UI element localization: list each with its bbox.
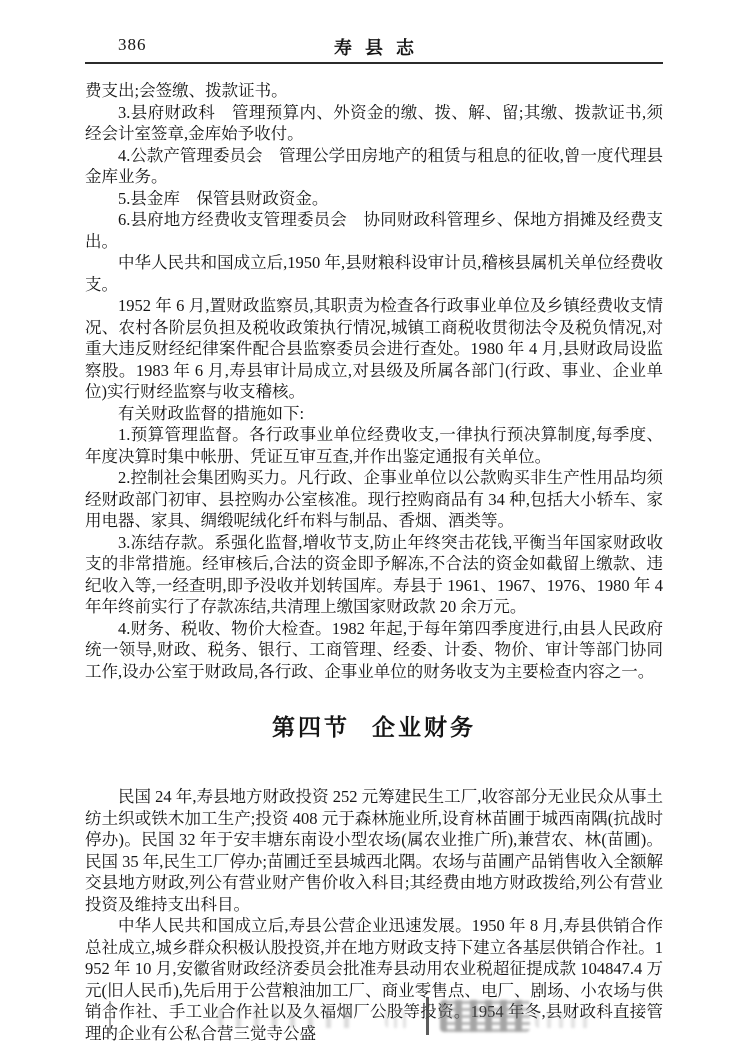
section-title: 企业财务 [372,715,476,740]
continuation-paragraph: 费支出;会签缴、拨款证书。 [85,80,663,102]
monitoring-section-paragraphs: 3.县府财政科 管理预算内、外资金的缴、拨、解、留;其缴、拨款证书,须经会计室签… [85,102,663,683]
paragraph: 民国 24 年,寿县地方财政投资 252 元筹建民生工厂,收容部分无业民众从事土… [85,786,663,915]
paragraph: 4.财务、税收、物价大检查。1982 年起,于每年第四季度进行,由县人民政府统一… [85,618,663,683]
scanned-book-page: 386 寿县志 费支出;会签缴、拨款证书。 3.县府财政科 管理预算内、外资金的… [0,0,747,1046]
paragraph: 中华人民共和国成立后,寿县公营企业迅速发展。1950 年 8 月,寿县供销合作总… [85,915,663,1044]
page-number: 386 [118,35,147,55]
paragraph: 1952 年 6 月,置财政监察员,其职责为检查各行政事业单位及乡镇经费收支情况… [85,295,663,403]
paragraph: 3.县府财政科 管理预算内、外资金的缴、拨、解、留;其缴、拨款证书,须经会计室签… [85,102,663,145]
paragraph: 2.控制社会集团购买力。凡行政、企事业单位以公款购买非生产性用品均须经财政部门初… [85,467,663,532]
paragraph: 5.县金库 保管县财政资金。 [85,188,663,210]
enterprise-section-paragraphs: 民国 24 年,寿县地方财政投资 252 元筹建民生工厂,收容部分无业民众从事土… [85,786,663,1044]
page-header: 386 寿县志 [85,33,663,64]
book-title: 寿县志 [321,34,427,60]
paragraph: 有关财政监督的措施如下: [85,403,663,425]
paragraph: 1.预算管理监督。各行政事业单位经费收支,一律执行预决算制度,每季度、年度决算时… [85,424,663,467]
page-body: 费支出;会签缴、拨款证书。 3.县府财政科 管理预算内、外资金的缴、拨、解、留;… [85,80,663,1044]
section-number: 第四节 [272,715,350,740]
paragraph: 中华人民共和国成立后,1950 年,县财粮科设审计员,稽核县属机关单位经费收支。 [85,252,663,295]
paragraph: 4.公款产管理委员会 管理公学田房地产的租赁与租息的征收,曾一度代理县金库业务。 [85,145,663,188]
paragraph: 6.县府地方经费收支管理委员会 协同财政科管理乡、保地方捐摊及经费支出。 [85,209,663,252]
section-heading: 第四节企业财务 [85,713,663,743]
paragraph: 3.冻结存款。系强化监督,增收节支,防止年终突击花钱,平衡当年国家财政收支的非常… [85,532,663,618]
